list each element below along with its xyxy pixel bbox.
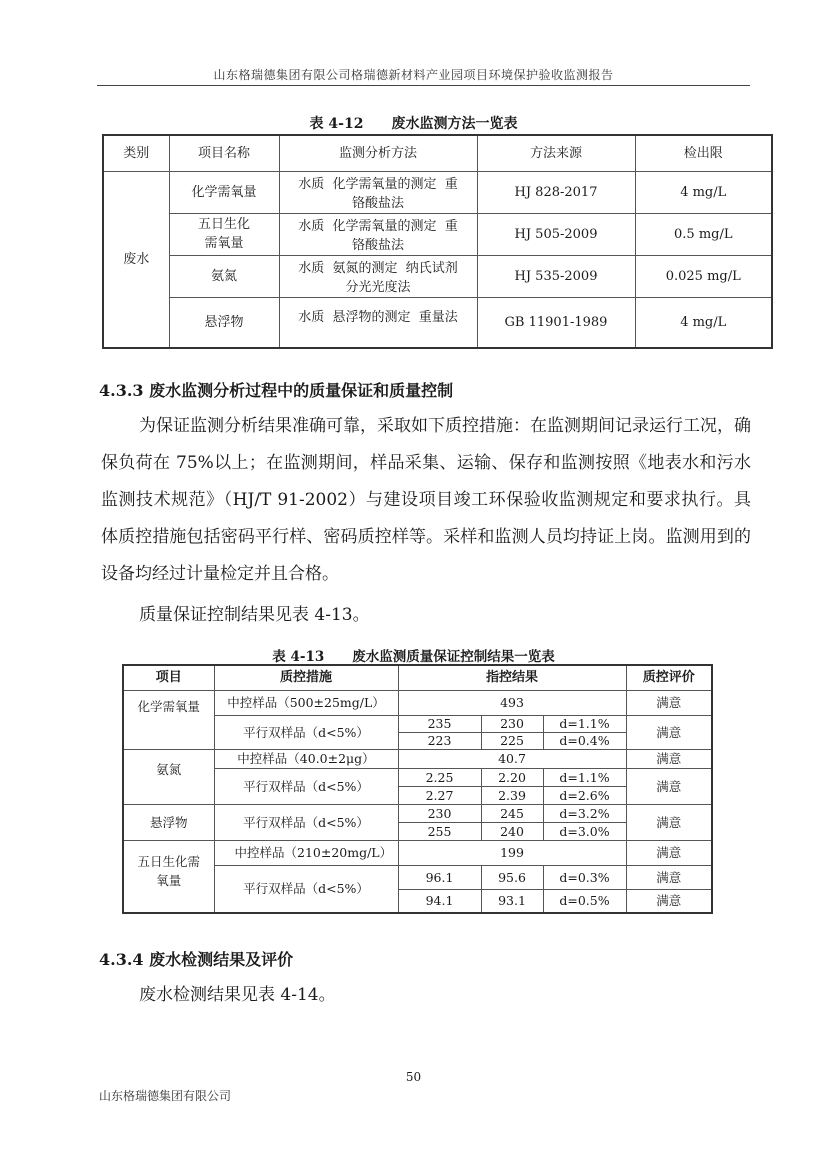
method-cell: 水质 氨氮的测定 纳氏试剂 分光光度法: [279, 255, 477, 297]
eval-cell: 满意: [626, 865, 712, 889]
result-cell: 493: [398, 690, 626, 715]
column-header: 指控结果: [398, 665, 626, 690]
value-cell: 2.25: [398, 768, 481, 786]
column-header: 质控措施: [214, 665, 398, 690]
value-cell: 2.27: [398, 786, 481, 804]
method-line: 铬酸盐法: [280, 236, 477, 255]
item-cell: 氨氮: [123, 749, 214, 804]
table-4-13-caption: 表 4-13废水监测质量保证控制结果一览表: [0, 645, 827, 665]
table-number: 表 4-13: [272, 649, 324, 665]
paragraph: 废水检测结果见表 4-14。: [101, 977, 751, 1014]
method-cell: 水质 悬浮物的测定 重量法: [279, 297, 477, 348]
table-number: 表 4-12: [310, 116, 364, 132]
deviation-cell: d=2.6%: [543, 786, 626, 804]
method-cell: 水质 化学需氧量的测定 重 铬酸盐法: [279, 171, 477, 213]
column-header: 方法来源: [477, 135, 635, 171]
item-cell: 化学需氧量: [123, 690, 214, 749]
eval-cell: 满意: [626, 690, 712, 715]
table-4-12: 类别 项目名称 监测分析方法 方法来源 检出限 废水 化学需氧量 水质 化学需氧…: [102, 134, 773, 349]
method-line: 铬酸盐法: [280, 194, 477, 213]
page-header: 山东格瑞德集团有限公司格瑞德新材料产业园项目环境保护验收监测报告: [0, 66, 827, 83]
table-row: 氨氮 中控样品（40.0±2μg） 40.7 满意: [123, 749, 712, 768]
item-cell: 悬浮物: [123, 804, 214, 840]
deviation-cell: d=0.4%: [543, 732, 626, 749]
column-header: 检出限: [635, 135, 772, 171]
page-number: 50: [0, 1070, 827, 1084]
limit-cell: 4 mg/L: [635, 171, 772, 213]
table-4-12-caption: 表 4-12废水监测方法一览表: [0, 113, 827, 133]
item-cell: 氨氮: [169, 255, 279, 297]
source-cell: HJ 505-2009: [477, 213, 635, 255]
table-row: 氨氮 水质 氨氮的测定 纳氏试剂 分光光度法 HJ 535-2009 0.025…: [103, 255, 772, 297]
method-line: 水质 悬浮物的测定 重量法: [280, 308, 477, 327]
measure-cell: 平行双样品（d<5%）: [214, 804, 398, 840]
value-cell: 245: [481, 804, 543, 822]
value-cell: 93.1: [481, 889, 543, 913]
deviation-cell: d=1.1%: [543, 768, 626, 786]
table-row: 五日生化 需氧量 水质 化学需氧量的测定 重 铬酸盐法 HJ 505-2009 …: [103, 213, 772, 255]
table-row: 悬浮物 水质 悬浮物的测定 重量法 GB 11901-1989 4 mg/L: [103, 297, 772, 348]
item-line: 需氧量: [170, 234, 279, 253]
table-title: 废水监测方法一览表: [391, 116, 517, 132]
value-cell: 223: [398, 732, 481, 749]
deviation-cell: d=3.2%: [543, 804, 626, 822]
item-cell: 悬浮物: [169, 297, 279, 348]
table-title: 废水监测质量保证控制结果一览表: [352, 649, 555, 665]
measure-cell: 中控样品（40.0±2μg）: [214, 749, 398, 768]
item-line: 氧量: [124, 873, 214, 888]
result-cell: 40.7: [398, 749, 626, 768]
column-header: 质控评价: [626, 665, 712, 690]
value-cell: 94.1: [398, 889, 481, 913]
value-cell: 95.6: [481, 865, 543, 889]
result-cell: 199: [398, 840, 626, 865]
measure-cell: 平行双样品（d<5%）: [214, 865, 398, 913]
item-cell: 化学需氧量: [169, 171, 279, 213]
table-row: 废水 化学需氧量 水质 化学需氧量的测定 重 铬酸盐法 HJ 828-2017 …: [103, 171, 772, 213]
measure-cell: 平行双样品（d<5%）: [214, 768, 398, 804]
table-row: 化学需氧量 中控样品（500±25mg/L） 493 满意: [123, 690, 712, 715]
header-divider: [97, 85, 750, 86]
value-cell: 2.39: [481, 786, 543, 804]
item-cell: 五日生化需 氧量: [123, 840, 214, 913]
eval-cell: 满意: [626, 749, 712, 768]
value-cell: 235: [398, 715, 481, 732]
eval-cell: 满意: [626, 889, 712, 913]
value-cell: 230: [398, 804, 481, 822]
item-cell: 五日生化 需氧量: [169, 213, 279, 255]
item-line: 五日生化: [170, 215, 279, 234]
table-header-row: 项目 质控措施 指控结果 质控评价: [123, 665, 712, 690]
limit-cell: 0.5 mg/L: [635, 213, 772, 255]
deviation-cell: d=1.1%: [543, 715, 626, 732]
table-header-row: 类别 项目名称 监测分析方法 方法来源 检出限: [103, 135, 772, 171]
eval-cell: 满意: [626, 715, 712, 749]
section-heading-4-3-4: 4.3.4 废水检测结果及评价: [99, 947, 293, 970]
limit-cell: 4 mg/L: [635, 297, 772, 348]
value-cell: 96.1: [398, 865, 481, 889]
table-row: 五日生化需 氧量 中控样品（210±20mg/L） 199 满意: [123, 840, 712, 865]
source-cell: HJ 828-2017: [477, 171, 635, 213]
value-cell: 225: [481, 732, 543, 749]
column-header: 监测分析方法: [279, 135, 477, 171]
limit-cell: 0.025 mg/L: [635, 255, 772, 297]
paragraph: 为保证监测分析结果准确可靠，采取如下质控措施：在监测期间记录运行工况，确保负荷在…: [101, 408, 751, 593]
eval-cell: 满意: [626, 840, 712, 865]
eval-cell: 满意: [626, 804, 712, 840]
item-line: 五日生化需: [124, 854, 214, 869]
table-4-13: 项目 质控措施 指控结果 质控评价 化学需氧量 中控样品（500±25mg/L）…: [122, 664, 713, 914]
method-cell: 水质 化学需氧量的测定 重 铬酸盐法: [279, 213, 477, 255]
deviation-cell: d=3.0%: [543, 822, 626, 840]
table-row: 悬浮物 平行双样品（d<5%） 230 245 d=3.2% 满意: [123, 804, 712, 822]
eval-cell: 满意: [626, 768, 712, 804]
page-footer: 山东格瑞德集团有限公司: [99, 1087, 231, 1104]
paragraph: 质量保证控制结果见表 4-13。: [101, 597, 751, 634]
method-line: 水质 氨氮的测定 纳氏试剂: [280, 259, 477, 278]
method-line: 水质 化学需氧量的测定 重: [280, 175, 477, 194]
measure-cell: 平行双样品（d<5%）: [214, 715, 398, 749]
method-line: 水质 化学需氧量的测定 重: [280, 217, 477, 236]
method-line: 分光光度法: [280, 278, 477, 297]
deviation-cell: d=0.5%: [543, 889, 626, 913]
column-header: 项目名称: [169, 135, 279, 171]
measure-cell: 中控样品（210±20mg/L）: [214, 840, 398, 865]
value-cell: 2.20: [481, 768, 543, 786]
source-cell: GB 11901-1989: [477, 297, 635, 348]
source-cell: HJ 535-2009: [477, 255, 635, 297]
column-header: 项目: [123, 665, 214, 690]
value-cell: 240: [481, 822, 543, 840]
value-cell: 255: [398, 822, 481, 840]
column-header: 类别: [103, 135, 169, 171]
value-cell: 230: [481, 715, 543, 732]
deviation-cell: d=0.3%: [543, 865, 626, 889]
section-heading-4-3-3: 4.3.3 废水监测分析过程中的质量保证和质量控制: [99, 378, 453, 401]
category-cell: 废水: [103, 171, 169, 348]
measure-cell: 中控样品（500±25mg/L）: [214, 690, 398, 715]
